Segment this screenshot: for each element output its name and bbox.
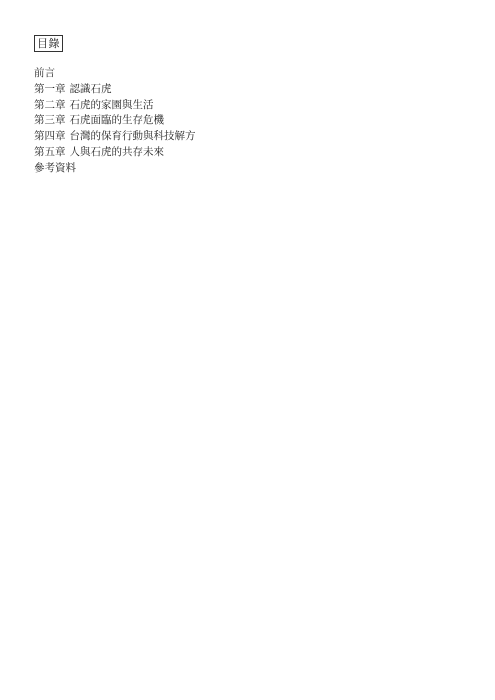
toc-chapter-label: 參考資料: [34, 161, 76, 177]
toc-item-references[interactable]: 參考資料: [34, 161, 196, 177]
toc-chapter-label: 第一章: [34, 82, 66, 98]
toc-title: 目錄: [34, 35, 63, 52]
toc-item-chapter-1[interactable]: 第一章認識石虎: [34, 82, 196, 98]
toc-item-chapter-2[interactable]: 第二章石虎的家園與生活: [34, 98, 196, 114]
toc-item-preface[interactable]: 前言: [34, 66, 196, 82]
toc-chapter-title: 石虎面臨的生存危機: [70, 114, 165, 126]
toc-chapter-title: 人與石虎的共存未來: [70, 146, 165, 158]
toc-item-chapter-5[interactable]: 第五章人與石虎的共存未來: [34, 145, 196, 161]
toc-chapter-title: 石虎的家園與生活: [70, 99, 154, 111]
toc-chapter-title: 台灣的保育行動與科技解方: [70, 130, 196, 142]
toc-chapter-label: 第四章: [34, 129, 66, 145]
toc-chapter-label: 前言: [34, 66, 55, 82]
toc-chapter-label: 第五章: [34, 145, 66, 161]
table-of-contents: 前言 第一章認識石虎 第二章石虎的家園與生活 第三章石虎面臨的生存危機 第四章台…: [34, 66, 196, 177]
toc-chapter-title: 認識石虎: [70, 83, 112, 95]
toc-item-chapter-4[interactable]: 第四章台灣的保育行動與科技解方: [34, 129, 196, 145]
toc-chapter-label: 第三章: [34, 113, 66, 129]
toc-chapter-label: 第二章: [34, 98, 66, 114]
document-page: 目錄 前言 第一章認識石虎 第二章石虎的家園與生活 第三章石虎面臨的生存危機 第…: [0, 0, 495, 700]
toc-item-chapter-3[interactable]: 第三章石虎面臨的生存危機: [34, 113, 196, 129]
